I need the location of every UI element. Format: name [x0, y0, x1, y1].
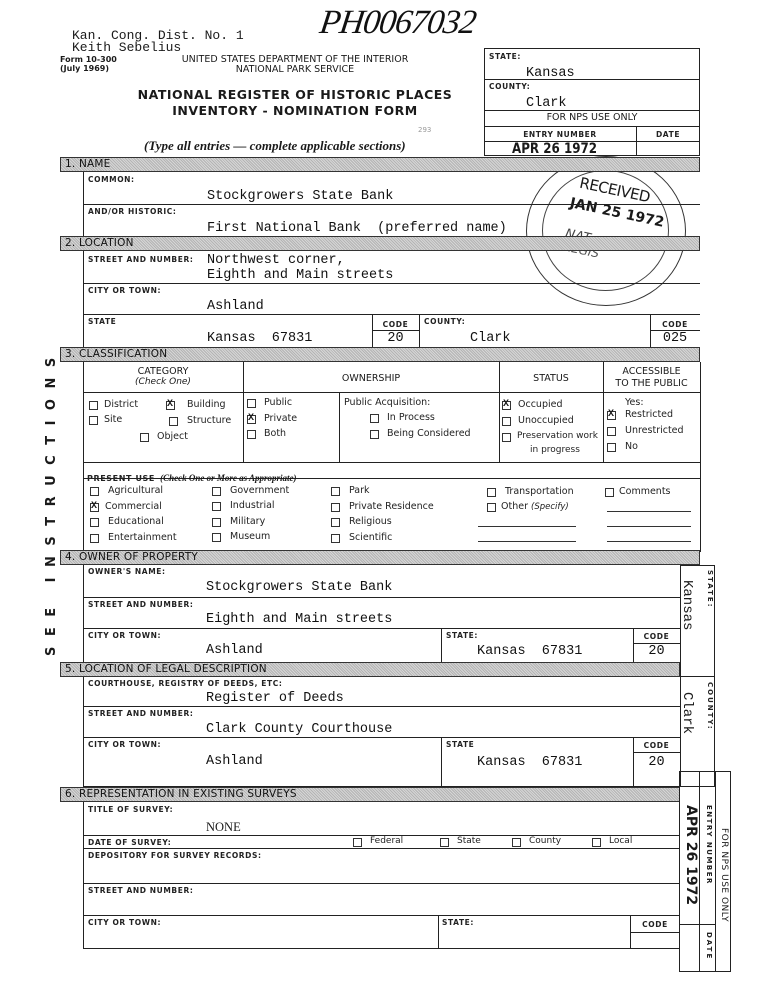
checkbox-being-considered[interactable] — [370, 430, 379, 439]
location-county-value: Clark — [470, 331, 511, 346]
section-header-legal: 5. LOCATION OF LEGAL DESCRIPTION — [60, 662, 680, 677]
checkbox-entertainment[interactable] — [90, 534, 99, 543]
instructions-text: (Type all entries — complete applicable … — [144, 138, 406, 154]
public-acquisition-label: Public Acquisition: — [344, 397, 430, 408]
form-date: (July 1969) — [60, 64, 117, 73]
category-header-hint: (Check One) — [83, 377, 243, 388]
use-park-label: Park — [349, 485, 370, 496]
checkbox-district[interactable] — [89, 401, 98, 410]
accessible-header-line2: TO THE PUBLIC — [603, 378, 700, 390]
option-occupied-label: Occupied — [518, 399, 563, 410]
use-other-hint: (Specify) — [531, 502, 569, 512]
checkbox-museum[interactable] — [212, 533, 221, 542]
location-county-label: COUNTY: — [424, 317, 465, 326]
option-no-label: No — [625, 441, 638, 452]
use-museum-label: Museum — [230, 531, 270, 542]
option-private-label: Private — [264, 413, 297, 424]
handwritten-id: PH0067032 — [317, 4, 478, 42]
option-building-label: Building — [187, 399, 226, 410]
option-object-label: Object — [157, 431, 188, 442]
level-state-label: State — [457, 836, 481, 846]
checkbox-transportation[interactable] — [487, 488, 496, 497]
checkbox-public[interactable] — [247, 399, 256, 408]
option-in-process-label: In Process — [387, 412, 435, 423]
checkbox-educational[interactable] — [90, 518, 99, 527]
accessible-header: ACCESSIBLE TO THE PUBLIC — [603, 366, 700, 390]
nps-county-value: Clark — [526, 96, 567, 111]
category-header: CATEGORY (Check One) — [83, 366, 243, 388]
location-street-line2: Eighth and Main streets — [207, 268, 393, 283]
location-state-code: 20 — [372, 331, 419, 346]
owner-name-label: OWNER'S NAME: — [88, 567, 166, 576]
comments-line-1[interactable] — [607, 511, 691, 512]
location-county-code-label: CODE — [650, 320, 700, 329]
checkbox-local[interactable] — [592, 838, 601, 847]
nps-state-value: Kansas — [526, 66, 575, 81]
owner-name-value: Stockgrowers State Bank — [206, 580, 392, 595]
checkbox-industrial[interactable] — [212, 502, 221, 511]
use-other-label: Other (Specify) — [501, 501, 569, 512]
use-military-label: Military — [230, 516, 265, 527]
location-city-value: Ashland — [207, 299, 264, 314]
location-county-code: 025 — [650, 331, 700, 346]
use-transportation-label: Transportation — [505, 486, 574, 497]
section-header-name: 1. NAME — [60, 157, 700, 172]
side-nps-use-only: FOR NPS USE ONLY — [719, 828, 729, 922]
form-number: Form 10-300 — [60, 55, 117, 64]
owner-city-value: Ashland — [206, 643, 263, 658]
checkbox-government[interactable] — [212, 487, 221, 496]
legal-state-value: Kansas 67831 — [477, 755, 582, 770]
survey-title-label: TITLE OF SURVEY: — [88, 805, 173, 814]
checkbox-military[interactable] — [212, 518, 221, 527]
checkbox-private[interactable] — [247, 415, 256, 424]
checkbox-occupied[interactable] — [502, 401, 511, 410]
other-specify-line-1[interactable] — [478, 526, 576, 527]
agency-block: UNITED STATES DEPARTMENT OF THE INTERIOR… — [160, 55, 430, 75]
checkbox-both[interactable] — [247, 430, 256, 439]
location-state-code-label: CODE — [372, 320, 419, 329]
side-entry-number-label: ENTRY NUMBER — [705, 805, 713, 885]
use-scientific-label: Scientific — [349, 532, 392, 543]
use-educational-label: Educational — [108, 516, 164, 527]
present-use-heading: PRESENT USE (Check One or More as Approp… — [87, 466, 297, 485]
survey-code-label: CODE — [630, 920, 680, 929]
section-header-classification: 3. CLASSIFICATION — [60, 347, 700, 362]
section-header-surveys: 6. REPRESENTATION IN EXISTING SURVEYS — [60, 787, 680, 802]
common-name-label: COMMON: — [88, 175, 135, 184]
checkbox-structure[interactable] — [169, 417, 178, 426]
location-street-value: Northwest corner, Eighth and Main street… — [207, 253, 393, 283]
survey-city-label: CITY OR TOWN: — [88, 918, 161, 927]
comments-line-2[interactable] — [607, 526, 691, 527]
option-site-label: Site — [104, 414, 122, 425]
status-header: STATUS — [499, 373, 603, 384]
side-state-value: Kansas — [679, 580, 695, 630]
location-state-label: STATE — [88, 317, 116, 326]
owner-city-label: CITY OR TOWN: — [88, 631, 161, 640]
option-public-label: Public — [264, 397, 292, 408]
level-local-label: Local — [609, 836, 632, 846]
nps-use-box — [484, 48, 700, 156]
checkbox-restricted[interactable] — [607, 411, 616, 420]
nps-use-only-label: FOR NPS USE ONLY — [484, 112, 700, 123]
title-line2: INVENTORY - NOMINATION FORM — [130, 103, 460, 119]
form-number-block: Form 10-300 (July 1969) — [60, 55, 117, 73]
nps-entry-number-stamp: APR 26 1972 — [512, 141, 597, 157]
checkbox-private-residence[interactable] — [331, 503, 340, 512]
annotation-representative: Keith Sebelius — [72, 42, 244, 54]
accessible-yes-label: Yes: — [625, 397, 644, 408]
side-county-value: Clark — [679, 692, 695, 734]
option-restricted-label: Restricted — [625, 409, 673, 420]
nps-entry-number-label: ENTRY NUMBER — [484, 130, 636, 139]
use-other-text: Other — [501, 501, 528, 512]
use-commercial-label: Commercial — [105, 501, 162, 512]
other-specify-line-2[interactable] — [478, 541, 576, 542]
option-preservation-work-label2: in progress — [530, 445, 580, 455]
survey-depository-label: DEPOSITORY FOR SURVEY RECORDS: — [88, 851, 262, 860]
title-line1: NATIONAL REGISTER OF HISTORIC PLACES — [130, 87, 460, 103]
legal-code-label: CODE — [633, 741, 680, 750]
survey-street-label: STREET AND NUMBER: — [88, 886, 193, 895]
checkbox-unoccupied[interactable] — [502, 417, 511, 426]
nps-date-label: DATE — [636, 130, 700, 139]
option-district-label: District — [104, 399, 138, 410]
checkbox-object[interactable] — [140, 433, 149, 442]
legal-courthouse-value: Register of Deeds — [206, 691, 344, 706]
use-religious-label: Religious — [349, 516, 392, 527]
checkbox-state[interactable] — [440, 838, 449, 847]
checkbox-commercial[interactable] — [90, 503, 99, 512]
level-county-label: County — [529, 836, 561, 846]
legal-courthouse-label: COURTHOUSE, REGISTRY OF DEEDS, ETC: — [88, 679, 282, 688]
checkbox-unrestricted[interactable] — [607, 427, 616, 436]
congressional-district-annotation: Kan. Cong. Dist. No. 1 Keith Sebelius — [72, 30, 244, 54]
location-street-line1: Northwest corner, — [207, 253, 393, 268]
use-government-label: Government — [230, 485, 289, 496]
owner-code-label: CODE — [633, 632, 680, 641]
side-county-label: COUNTY: — [706, 682, 714, 731]
owner-state-label: STATE: — [446, 631, 478, 640]
checkbox-in-process[interactable] — [370, 414, 379, 423]
accessible-header-line1: ACCESSIBLE — [603, 366, 700, 378]
legal-street-value: Clark County Courthouse — [206, 722, 392, 737]
form-title: NATIONAL REGISTER OF HISTORIC PLACES INV… — [130, 87, 460, 119]
legal-street-label: STREET AND NUMBER: — [88, 709, 193, 718]
ownership-header: OWNERSHIP — [243, 373, 499, 384]
legal-city-value: Ashland — [206, 754, 263, 769]
see-instructions-sidebar: SEE INSTRUCTIONS — [44, 347, 59, 656]
location-street-label: STREET AND NUMBER: — [88, 255, 193, 264]
nps-county-label: COUNTY: — [489, 82, 530, 91]
use-industrial-label: Industrial — [230, 500, 275, 511]
historic-name-label: AND/OR HISTORIC: — [88, 207, 176, 216]
checkbox-agricultural[interactable] — [90, 487, 99, 496]
service-name: NATIONAL PARK SERVICE — [160, 65, 430, 75]
checkbox-scientific[interactable] — [331, 534, 340, 543]
checkbox-site[interactable] — [89, 416, 98, 425]
use-comments-label: Comments — [619, 486, 671, 497]
side-date-label: DATE — [705, 932, 713, 960]
checkbox-comments[interactable] — [605, 488, 614, 497]
nps-state-label: STATE: — [489, 52, 521, 61]
survey-title-value: NONE — [206, 820, 241, 835]
common-name-value: Stockgrowers State Bank — [207, 189, 393, 204]
option-structure-label: Structure — [187, 415, 231, 426]
option-preservation-work-label: Preservation work — [517, 431, 598, 441]
checkbox-federal[interactable] — [353, 838, 362, 847]
legal-code-value: 20 — [633, 755, 680, 770]
use-agricultural-label: Agricultural — [108, 485, 163, 496]
owner-state-value: Kansas 67831 — [477, 644, 582, 659]
use-entertainment-label: Entertainment — [108, 532, 177, 543]
option-unrestricted-label: Unrestricted — [625, 425, 684, 436]
option-unoccupied-label: Unoccupied — [518, 415, 574, 426]
present-use-hint: (Check One or More as Appropriate) — [160, 473, 296, 483]
checkbox-county[interactable] — [512, 838, 521, 847]
owner-street-value: Eighth and Main streets — [206, 612, 392, 627]
checkbox-other[interactable] — [487, 503, 496, 512]
legal-state-label: STATE — [446, 740, 474, 749]
section-header-location: 2. LOCATION — [60, 236, 700, 251]
comments-line-3[interactable] — [607, 541, 691, 542]
checkbox-building[interactable] — [166, 401, 175, 410]
side-entry-number-stamp: APR 26 1972 — [683, 805, 699, 905]
checkbox-park[interactable] — [331, 487, 340, 496]
checkbox-no[interactable] — [607, 443, 616, 452]
option-both-label: Both — [264, 428, 286, 439]
checkbox-religious[interactable] — [331, 518, 340, 527]
historic-name-value: First National Bank (preferred name) — [207, 221, 507, 236]
use-private-residence-label: Private Residence — [349, 501, 434, 512]
level-federal-label: Federal — [370, 836, 403, 846]
present-use-label: PRESENT USE — [87, 474, 155, 483]
survey-state-label: STATE: — [442, 918, 474, 927]
section-header-owner: 4. OWNER OF PROPERTY — [60, 550, 700, 565]
page-mark: 293 — [418, 126, 431, 134]
category-header-title: CATEGORY — [83, 366, 243, 377]
survey-date-label: DATE OF SURVEY: — [88, 838, 171, 847]
location-city-label: CITY OR TOWN: — [88, 286, 161, 295]
owner-street-label: STREET AND NUMBER: — [88, 600, 193, 609]
side-state-label: STATE: — [706, 570, 714, 609]
checkbox-preservation-work[interactable] — [502, 433, 511, 442]
owner-code-value: 20 — [633, 644, 680, 659]
option-being-considered-label: Being Considered — [387, 428, 471, 439]
legal-city-label: CITY OR TOWN: — [88, 740, 161, 749]
location-state-value: Kansas 67831 — [207, 331, 312, 346]
